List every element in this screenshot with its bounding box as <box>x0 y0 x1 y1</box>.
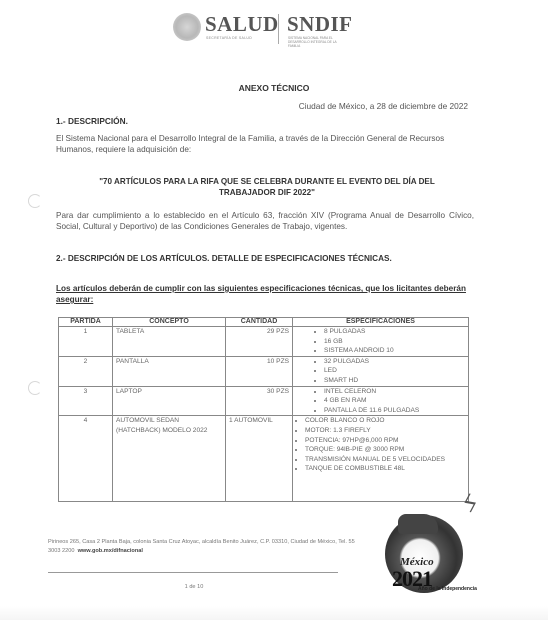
partida-cell: 2 <box>59 356 113 386</box>
spec-item: POTENCIA: 97HP@6,000 RPM <box>305 436 465 446</box>
procurement-title: "70 ARTÍCULOS PARA LA RIFA QUE SE CELEBR… <box>76 176 458 198</box>
binder-hole-icon <box>28 194 42 208</box>
column-header-cantidad: CANTIDAD <box>226 318 293 327</box>
spec-item: TORQUE: 94lB-PIE @ 3000 RPM <box>305 445 465 455</box>
website-link[interactable]: www.gob.mx/difnacional <box>78 548 143 554</box>
footer-divider <box>48 572 338 573</box>
spec-item: TANQUE DE COMBUSTIBLE 48L <box>305 464 465 474</box>
partida-cell: 4 <box>59 416 113 502</box>
cantidad-cell: 1 AUTOMOVIL <box>226 416 293 502</box>
spec-item: 4 GB EN RAM <box>324 396 465 406</box>
table-row: 3 LAPTOP 30 PZS INTEL CELERON 4 GB EN RA… <box>59 386 469 416</box>
signature-mark: ϟ <box>460 489 480 519</box>
requirement-statement: Los artículos deberán de cumplir con las… <box>56 283 474 305</box>
specs-cell: COLOR BLANCO O ROJO MOTOR: 1.3 FIREFLY P… <box>293 416 469 502</box>
header-divider <box>278 14 279 44</box>
salud-logo: SALUD <box>205 12 279 37</box>
spec-item: PANTALLA DE 11.6 PULGADAS <box>324 406 465 416</box>
specs-cell: INTEL CELERON 4 GB EN RAM PANTALLA DE 11… <box>293 386 469 416</box>
spec-item: MOTOR: 1.3 FIREFLY <box>305 426 465 436</box>
table-header-row: PARTIDA CONCEPTO CANTIDAD ESPECIFICACION… <box>59 318 469 327</box>
page-edge <box>0 606 548 620</box>
cantidad-cell: 10 PZS <box>226 356 293 386</box>
spec-item: SMART HD <box>324 376 465 386</box>
section2-heading: 2.- DESCRIPCIÓN DE LOS ARTÍCULOS. DETALL… <box>56 254 392 263</box>
table-row: 2 PANTALLA 10 PZS 32 PULGADAS LED SMART … <box>59 356 469 386</box>
column-header-partida: PARTIDA <box>59 318 113 327</box>
sndif-logo-subtitle: SISTEMA NACIONAL PARA EL DESARROLLO INTE… <box>288 36 348 48</box>
spec-item: 8 PULGADAS <box>324 327 465 337</box>
spec-item: SISTEMA ANDROID 10 <box>324 346 465 356</box>
page-number: 1 de 10 <box>0 584 388 590</box>
document-title: ANEXO TÉCNICO <box>0 83 548 93</box>
section1-text: El Sistema Nacional para el Desarrollo I… <box>56 133 474 155</box>
footer-address: Pirineos 265, Casa 2 Planta Baja, coloni… <box>48 538 368 556</box>
partida-cell: 1 <box>59 327 113 357</box>
salud-logo-subtitle: SECRETARÍA DE SALUD <box>206 36 252 40</box>
spec-item: TRANSMISIÓN MANUAL DE 5 VELOCIDADES <box>305 455 465 465</box>
government-seal-icon <box>173 13 201 41</box>
table-row: 4 AUTOMOVIL SEDAN (HATCHBACK) MODELO 202… <box>59 416 469 502</box>
column-header-especificaciones: ESPECIFICACIONES <box>293 318 469 327</box>
cantidad-cell: 29 PZS <box>226 327 293 357</box>
legal-basis-paragraph: Para dar cumplimiento a lo establecido e… <box>56 210 474 232</box>
concepto-cell: PANTALLA <box>113 356 226 386</box>
cantidad-cell: 30 PZS <box>226 386 293 416</box>
binder-hole-icon <box>28 381 42 395</box>
partida-cell: 3 <box>59 386 113 416</box>
spec-item: 32 PULGADAS <box>324 357 465 367</box>
spec-item: LED <box>324 366 465 376</box>
table-row: 1 TABLETA 29 PZS 8 PULGADAS 16 GB SISTEM… <box>59 327 469 357</box>
concepto-cell: AUTOMOVIL SEDAN (HATCHBACK) MODELO 2022 <box>113 416 226 502</box>
sndif-logo: SNDIF <box>287 12 353 37</box>
spec-item: 16 GB <box>324 337 465 347</box>
column-header-concepto: CONCEPTO <box>113 318 226 327</box>
concepto-cell: TABLETA <box>113 327 226 357</box>
spec-item: INTEL CELERON <box>324 387 465 397</box>
emblem-subtitle: Año de la Independencia <box>418 586 477 592</box>
specs-cell: 8 PULGADAS 16 GB SISTEMA ANDROID 10 <box>293 327 469 357</box>
specifications-table: PARTIDA CONCEPTO CANTIDAD ESPECIFICACION… <box>58 317 469 502</box>
document-date: Ciudad de México, a 28 de diciembre de 2… <box>299 101 468 111</box>
specs-cell: 32 PULGADAS LED SMART HD <box>293 356 469 386</box>
serpent-head-icon <box>398 514 438 534</box>
concepto-cell: LAPTOP <box>113 386 226 416</box>
spec-item: COLOR BLANCO O ROJO <box>305 416 465 426</box>
section1-heading: 1.- DESCRIPCIÓN. <box>56 116 128 126</box>
